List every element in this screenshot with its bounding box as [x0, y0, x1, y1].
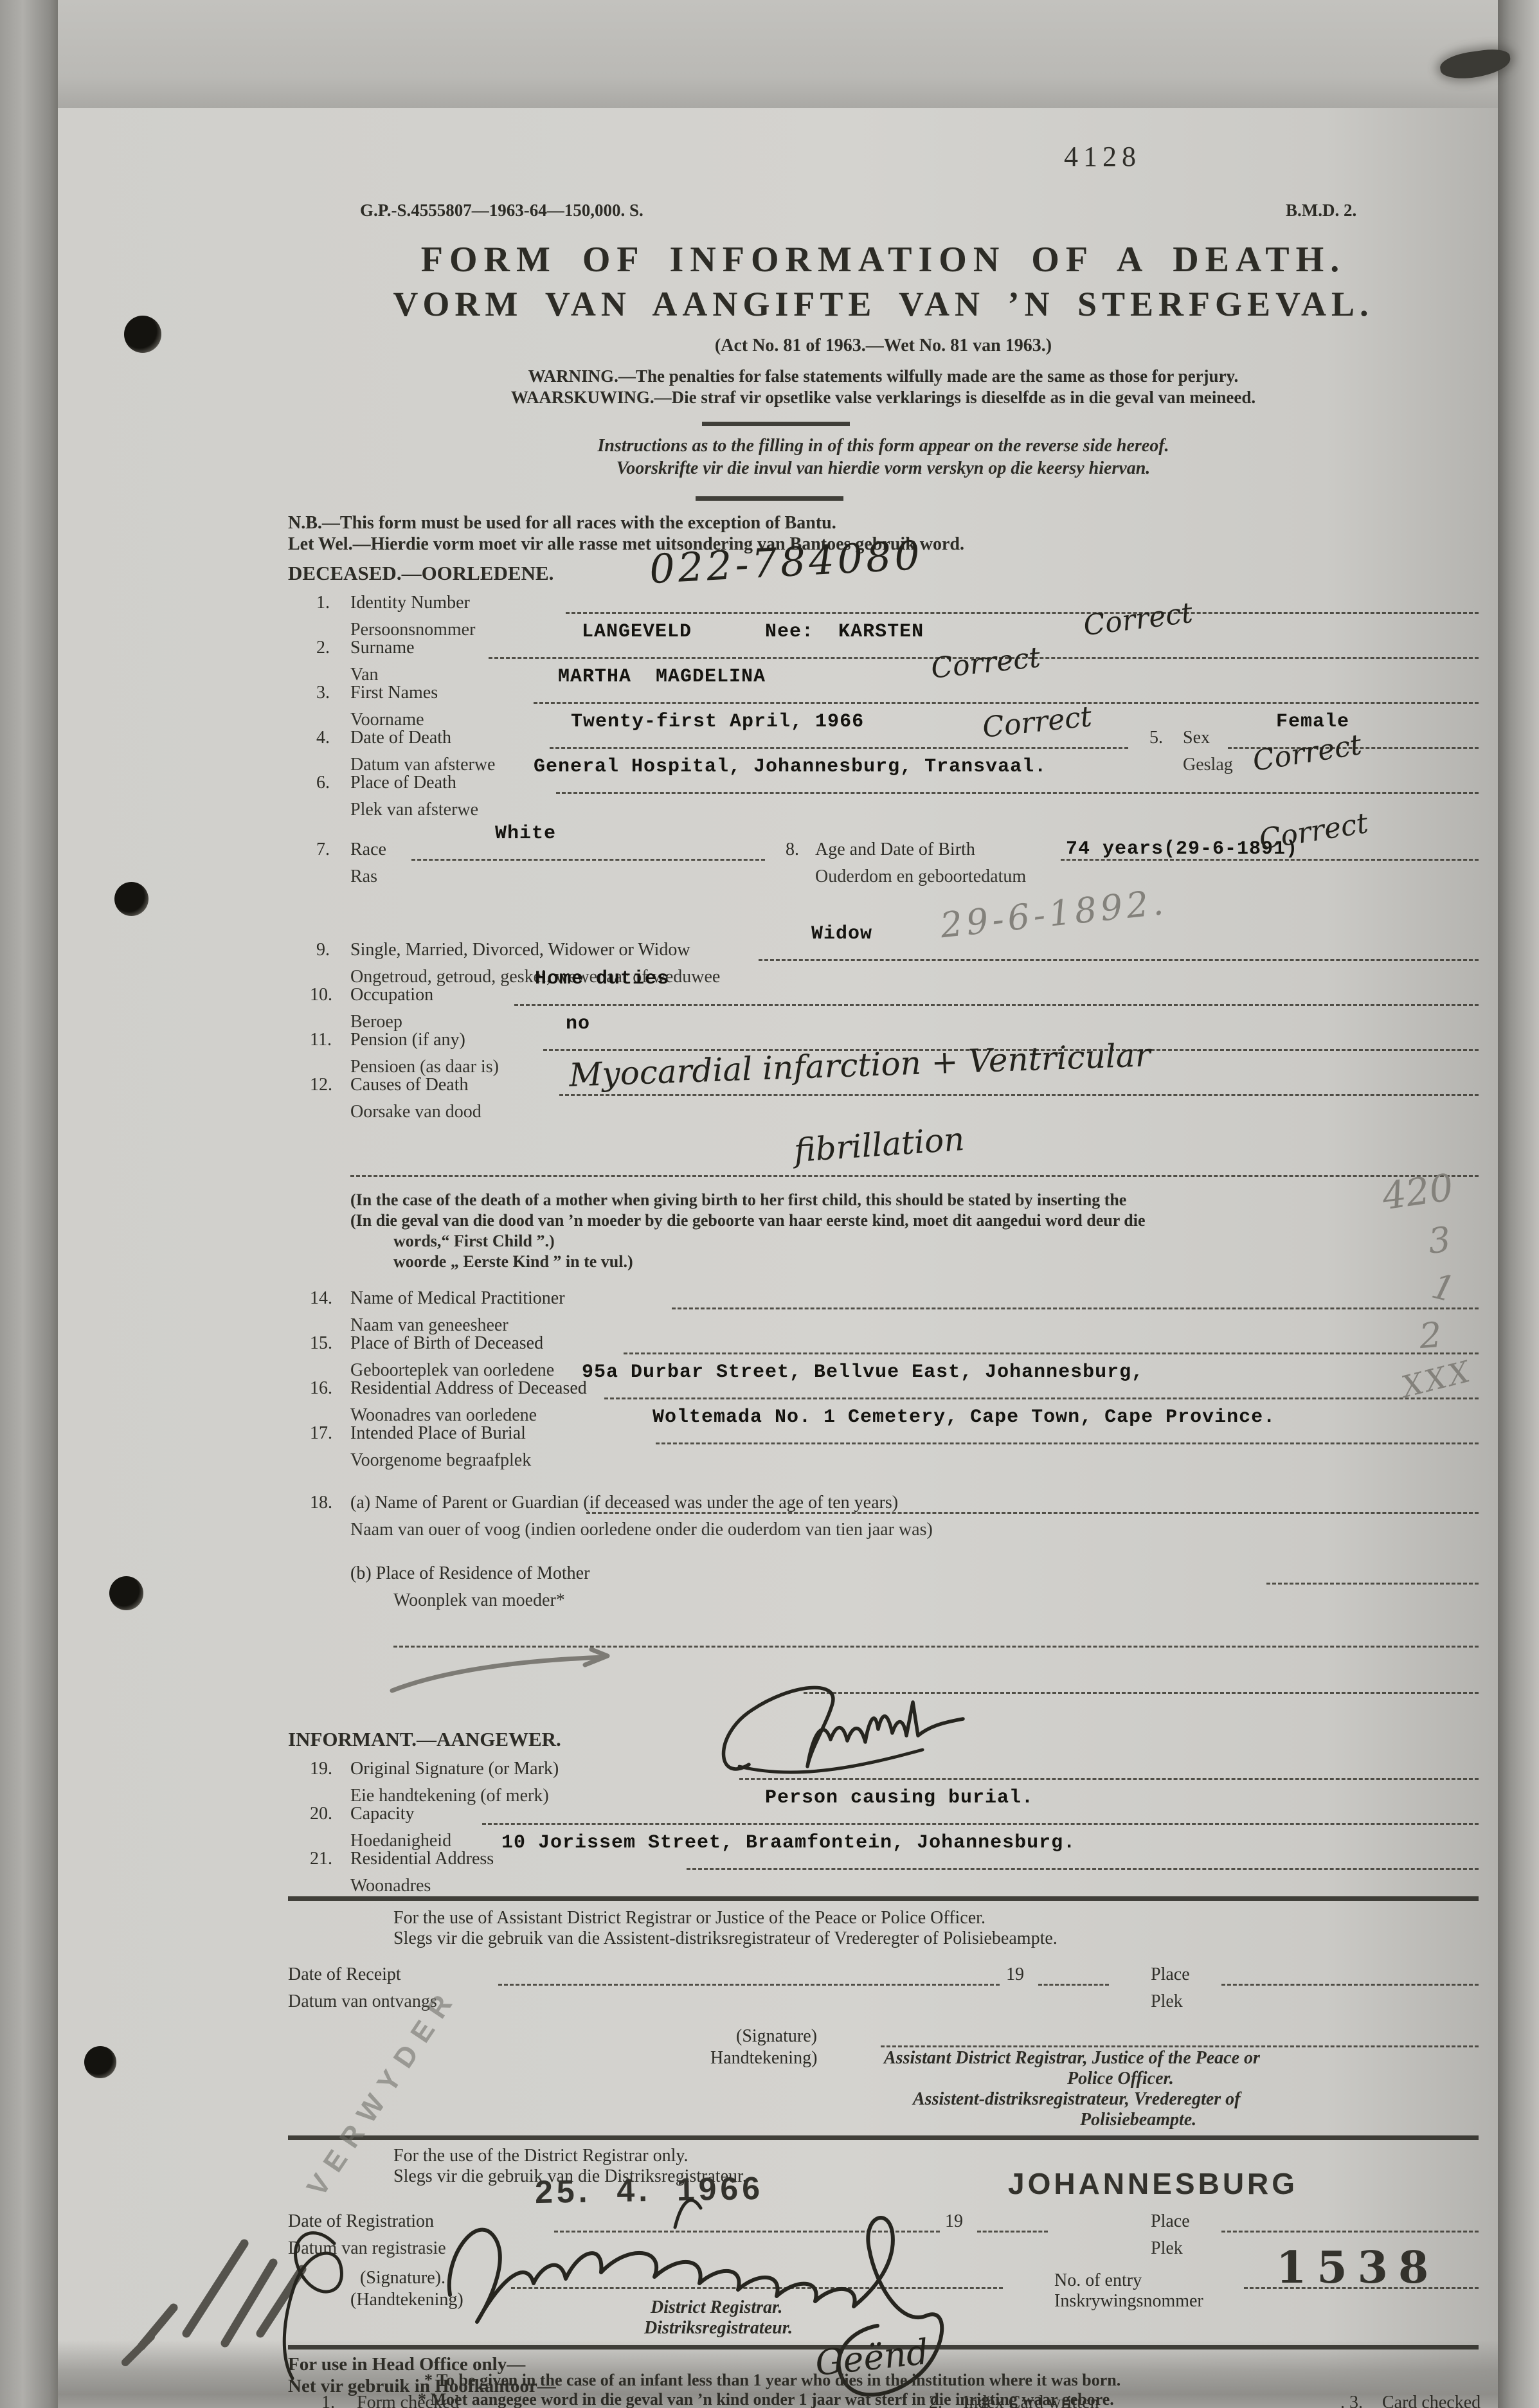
punch-hole: [124, 316, 161, 353]
scan-backdrop-top: [0, 0, 1539, 109]
field-causes-of-death-af: Oorsake van dood: [350, 1102, 482, 1122]
entry-number-label: No. of entry: [1054, 2270, 1142, 2291]
field-residential-address: Intended Place of Burial: [350, 1423, 526, 1444]
field-place-of-death-af: Plek van afsterwe: [350, 800, 478, 820]
footnote-afrikaans: * Moet aangegee word in die geval van ’n…: [418, 2390, 1114, 2408]
informant-signature: [701, 1665, 1022, 1800]
registration-place-label: Place: [1151, 2211, 1190, 2232]
entry-number-stamp: 1538: [1276, 2242, 1439, 2294]
scanned-death-form: 4128 G.P.-S.4555807—1963-64—150,000. S. …: [0, 0, 1539, 2408]
field-date-of-death: Date of Death: [350, 728, 451, 748]
scan-backdrop-left: [0, 0, 58, 2408]
field-residential-address-af: Voorgenome begraafplek: [350, 1450, 531, 1471]
field-occupation: Occupation: [350, 985, 433, 1005]
field-line: [1266, 1583, 1479, 1585]
field-place-of-birth: Residential Address of Deceased: [350, 1378, 587, 1399]
field-place-of-death: Place of Death: [350, 773, 456, 793]
typed-race: White: [495, 823, 556, 845]
typed-residential-address: Woltemada No. 1 Cemetery, Cape Town, Cap…: [652, 1406, 1275, 1428]
typed-marital-status: Widow: [811, 923, 872, 945]
officer-title-line3: Assistent-distriksregistrateur, Vredereg…: [913, 2089, 1241, 2110]
receipt-date-label: Date of Receipt: [288, 1964, 401, 1985]
field-medical-practitioner: Place of Birth of Deceased: [350, 1333, 543, 1354]
field-sex: Sex: [1183, 728, 1210, 748]
item-number: 19.: [310, 1759, 332, 1779]
typed-sex: Female: [1276, 711, 1349, 733]
pencil-margin-note: 3: [1426, 1219, 1453, 1261]
receipt-place-label: Place: [1151, 1964, 1190, 1985]
field-line: [350, 1175, 1479, 1177]
item-number: 2.: [316, 638, 330, 658]
section-rule: [288, 2135, 1479, 2140]
page-number: 4128: [1064, 140, 1141, 173]
instructions-english: Instructions as to the filling in of thi…: [288, 436, 1479, 456]
mother-note-line1: (In the case of the death of a mother wh…: [350, 1191, 1126, 1210]
typed-occupation: Home duties: [535, 968, 669, 990]
field-sex-af: Geslag: [1183, 755, 1233, 775]
act-reference: (Act No. 81 of 1963.—Wet No. 81 van 1963…: [288, 336, 1479, 356]
field-informant-address-af: Woonadres: [350, 1876, 431, 1896]
receipt-date-label-af: Datum van ontvangs: [288, 1991, 437, 2012]
pencil-swash-mark: [379, 1646, 624, 1703]
field-informant-address: Residential Address: [350, 1849, 494, 1869]
field-line: [604, 1397, 1479, 1399]
field-line: [534, 702, 1479, 704]
item-number: 11.: [310, 1030, 332, 1050]
field-original-signature: Original Signature (or Mark): [350, 1759, 559, 1779]
item-number: 3.: [316, 683, 330, 703]
item-number: 18.: [310, 1493, 332, 1513]
assistant-signature-label-af: Handtekening): [710, 2048, 817, 2069]
informant-heading: INFORMANT.—AANGEWER.: [288, 1728, 561, 1751]
item-number: 15.: [310, 1333, 332, 1354]
item-number: 1.: [316, 593, 330, 613]
typed-surname: LANGEVELD Nee: KARSTEN: [582, 621, 924, 643]
field-line: [1038, 1984, 1109, 1986]
field-identity-number: Identity Number: [350, 593, 470, 613]
district-only-english: For the use of the District Registrar on…: [393, 2146, 688, 2166]
item-number: 5.: [1149, 728, 1163, 748]
typed-first-names: MARTHA MAGDELINA: [558, 666, 766, 688]
item-number: 7.: [316, 840, 330, 860]
section-rule: [288, 1896, 1479, 1901]
field-line: [672, 1307, 1479, 1309]
field-age-birthdate-af: Ouderdom en geboortedatum: [815, 867, 1026, 887]
field-line: [559, 1094, 1479, 1096]
typed-informant-address: 10 Jorissem Street, Braamfontein, Johann…: [501, 1832, 1075, 1854]
field-line: [550, 747, 1128, 749]
item-number: . 3.: [1340, 2393, 1363, 2408]
field-line: [566, 612, 1479, 614]
item-number: 9.: [316, 940, 330, 960]
field-line: [514, 1004, 1479, 1006]
item-number: 16.: [310, 1378, 332, 1399]
field-duration-illness: Name of Medical Practitioner: [350, 1288, 565, 1309]
field-parent-guardian-af: Woonplek van moeder*: [393, 1590, 565, 1611]
officer-title-line4: Polisiebeampte.: [1080, 2110, 1196, 2130]
entry-number-label-af: Inskrywingsnommer: [1054, 2291, 1203, 2312]
field-first-names: First Names: [350, 683, 438, 703]
johannesburg-stamp: JOHANNESBURG: [1008, 2166, 1298, 2201]
form-code: B.M.D. 2.: [1286, 201, 1356, 220]
field-line: [1221, 1984, 1479, 1986]
item-number: 17.: [310, 1423, 332, 1444]
field-line: [656, 1442, 1479, 1444]
field-parent-guardian: (b) Place of Residence of Mother: [350, 1563, 589, 1584]
warning-english: WARNING.—The penalties for false stateme…: [288, 366, 1479, 386]
item-number: 1.: [321, 2393, 335, 2408]
check-card-checked: Card checked: [1382, 2393, 1480, 2408]
field-line: [482, 1823, 1479, 1825]
pencil-margin-note: 2: [1418, 1315, 1443, 1356]
officer-title-line1: Assistant District Registrar, Justice of…: [884, 2048, 1260, 2069]
field-place-of-burial-af: Naam van ouer of voog (indien oorledene …: [350, 1520, 933, 1540]
typed-pension: no: [566, 1013, 590, 1035]
field-line: [411, 859, 765, 861]
item-number: 8.: [786, 840, 799, 860]
field-line: [687, 1868, 1479, 1870]
typed-place-of-death: General Hospital, Johannesburg, Transvaa…: [534, 756, 1047, 778]
mother-note-line3: words,“ First Child ”.): [393, 1232, 555, 1251]
form-title-english: FORM OF INFORMATION OF A DEATH.: [288, 239, 1479, 280]
divider-rule: [702, 422, 850, 426]
item-number: 6.: [316, 773, 330, 793]
typed-place-of-birth: 95a Durbar Street, Bellvue East, Johanne…: [582, 1361, 1144, 1383]
field-causes-of-death: Causes of Death: [350, 1075, 469, 1095]
scan-backdrop-right: [1498, 0, 1539, 2408]
item-number: 14.: [310, 1288, 332, 1309]
field-line: [759, 959, 1479, 961]
field-line: [498, 1984, 1000, 1986]
field-race: Race: [350, 840, 386, 860]
item-number: 10.: [310, 985, 332, 1005]
field-pension: Pension (if any): [350, 1030, 465, 1050]
field-line: [556, 792, 1479, 794]
field-age-birthdate: Age and Date of Birth: [815, 840, 975, 860]
typed-date-of-death: Twenty-first April, 1966: [571, 711, 864, 733]
field-line: [586, 1512, 1479, 1514]
registration-place-label-af: Plek: [1151, 2238, 1183, 2259]
form-title-afrikaans: VORM VAN AANGIFTE VAN ’N STERFGEVAL.: [288, 284, 1479, 324]
footnote-english: * To be given in the case of an infant l…: [424, 2371, 1120, 2390]
print-reference: G.P.-S.4555807—1963-64—150,000. S.: [360, 201, 643, 220]
field-line: [624, 1352, 1479, 1354]
punch-hole: [114, 882, 148, 916]
instructions-afrikaans: Voorskrifte vir die invul van hierdie vo…: [288, 458, 1479, 479]
receipt-place-label-af: Plek: [1151, 1991, 1183, 2012]
officer-title-line2: Police Officer.: [1067, 2069, 1174, 2089]
field-capacity: Capacity: [350, 1804, 415, 1824]
nb-english: N.B.—This form must be used for all race…: [288, 513, 836, 534]
warning-afrikaans: WAARSKUWING.—Die straf vir opsetlike val…: [288, 388, 1479, 408]
item-number: 4.: [316, 728, 330, 748]
divider-rule: [696, 496, 843, 501]
mother-note-line2: (In die geval van die dood van ’n moeder…: [350, 1211, 1146, 1230]
deceased-heading: DECEASED.—OORLEDENE.: [288, 562, 553, 585]
field-line: [1221, 2231, 1479, 2233]
item-number: 12.: [310, 1075, 332, 1095]
punch-hole: [109, 1576, 143, 1610]
field-surname: Surname: [350, 638, 415, 658]
item-number: 20.: [310, 1804, 332, 1824]
field-marital-status: Single, Married, Divorced, Widower or Wi…: [350, 940, 690, 960]
field-place-of-burial: (a) Name of Parent or Guardian (if decea…: [350, 1493, 898, 1513]
assistant-signature-label: (Signature): [736, 2026, 817, 2047]
punch-hole: [84, 2046, 116, 2078]
field-race-af: Ras: [350, 867, 377, 887]
field-line: [881, 2045, 1479, 2047]
mother-note-line4: woorde „ Eerste Kind ” in te vul.): [393, 1252, 633, 1271]
typed-capacity: Person causing burial.: [765, 1787, 1034, 1809]
item-number: 21.: [310, 1849, 332, 1869]
receipt-year-prefix: 19: [1006, 1964, 1024, 1985]
